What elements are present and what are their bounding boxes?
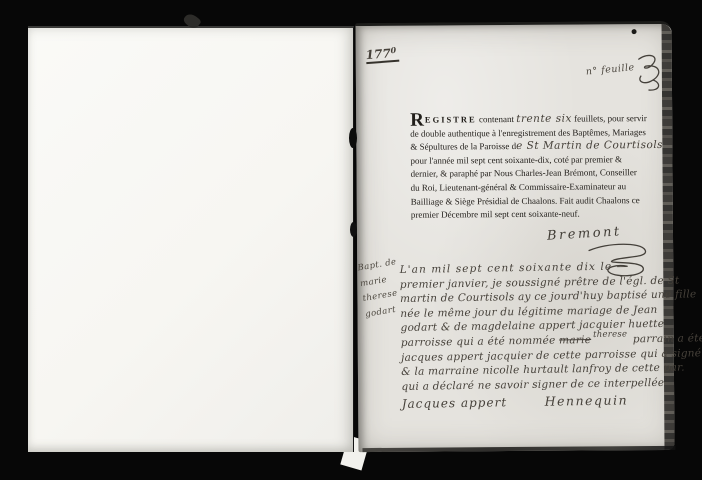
printed-register-notice: REGISTRE contenant trente six feuillets,… — [410, 112, 663, 223]
folio-annotation: n° feuille — [585, 62, 635, 78]
notice-text: & Sépultures de la Paroisse d — [410, 141, 516, 152]
notice-text: feuillets, pour servir — [572, 113, 647, 124]
entry-signatures: Jacques appert Hennequin — [402, 393, 672, 412]
baptism-entry: L'an mil sept cent soixante dix le — pre… — [400, 259, 672, 412]
register-page: 1770 n° feuille REGISTRE contenant trent… — [356, 21, 675, 452]
struck-word: marie — [559, 334, 591, 347]
binding-gutter-blob — [349, 128, 357, 148]
notice-line: & Sépultures de la Paroisse de St Martin… — [410, 139, 662, 154]
inserted-folio-count: trente six — [516, 113, 572, 125]
register-scan: 1770 n° feuille REGISTRE contenant trent… — [0, 0, 702, 480]
margin-note: Bapt. de marie therese godart — [357, 255, 406, 323]
folio-paraph-flourish-icon — [633, 50, 667, 94]
notice-line: du Roi, Lieutenant-général & Commissaire… — [411, 180, 663, 195]
notice-line: Bailliage & Siège Présidial de Chaalons.… — [411, 194, 663, 209]
entry-text: parrain a été — [629, 332, 702, 345]
page-bottom-edge — [362, 446, 675, 452]
entry-signature-priest: Hennequin — [545, 393, 629, 409]
notice-word-caps: EGISTRE — [425, 114, 477, 124]
year-main: 177 — [365, 46, 391, 62]
notice-text: contenant — [477, 114, 517, 124]
left-blank-page — [28, 26, 354, 452]
year-superscript: 0 — [390, 45, 396, 55]
entry-signature-godfather: Jacques appert — [402, 396, 508, 412]
notice-line: REGISTRE contenant trente six feuillets,… — [410, 112, 662, 127]
notice-line: premier Décembre mil sept cent soixante-… — [411, 207, 663, 222]
ink-dot — [632, 29, 637, 34]
binding-gutter-blob — [350, 222, 357, 237]
year-annotation: 1770 — [365, 45, 399, 64]
entry-text: parroisse qui a été nommée — [401, 334, 559, 348]
inserted-parish-name: e St Martin de Courtisols — [516, 139, 663, 152]
interlinear-correction: therese — [593, 329, 627, 340]
